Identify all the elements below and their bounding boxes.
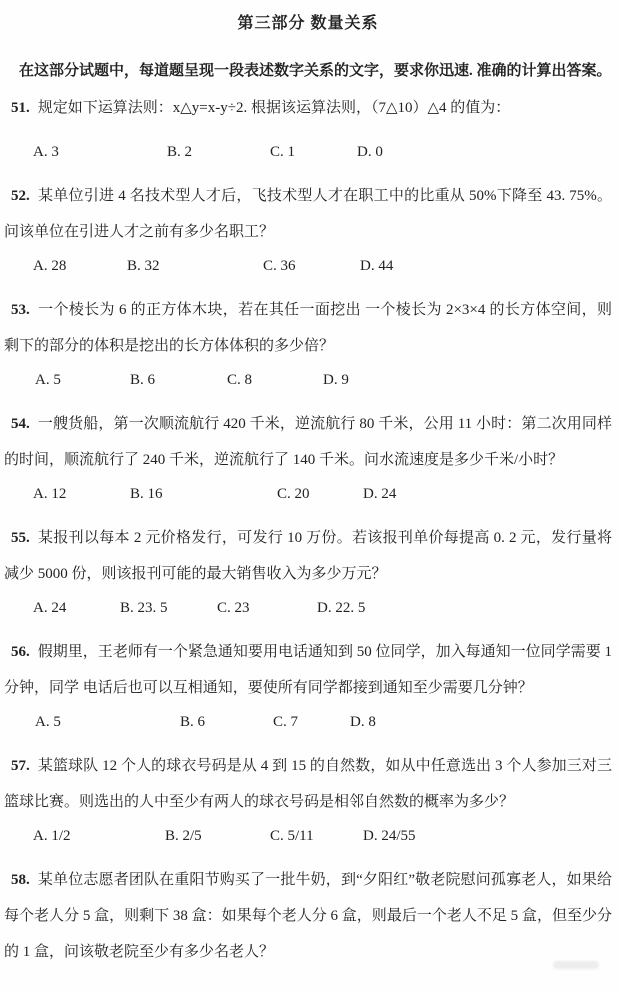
question-55-options: A. 24B. 23. 5C. 23D. 22. 5 xyxy=(4,590,612,626)
question-53-option-c: C. 8 xyxy=(227,362,252,398)
question-body: 某报刊以每本 2 元价格发行，可发行 10 万份。若该报刊单价每提高 0. 2 … xyxy=(4,530,612,582)
question-52-option-c: C. 36 xyxy=(263,248,296,284)
question-54-option-b: B. 16 xyxy=(130,476,163,512)
question-55-option-b: B. 23. 5 xyxy=(120,590,168,626)
question-number: 57. xyxy=(11,758,38,774)
question-number: 54. xyxy=(11,416,38,432)
question-56: 56.假期里，王老师有一个紧急通知要用电话通知到 50 位同学，加入每通知一位同… xyxy=(4,634,612,740)
question-body: 某篮球队 12 个人的球衣号码是从 4 到 15 的自然数，如从中任意选出 3 … xyxy=(4,758,612,810)
question-57-option-a: A. 1/2 xyxy=(33,818,71,854)
question-53-option-a: A. 5 xyxy=(35,362,61,398)
question-52-options: A. 28B. 32C. 36D. 44 xyxy=(4,248,612,284)
question-55-option-d: D. 22. 5 xyxy=(317,590,365,626)
scan-smudge-artifact xyxy=(553,961,599,969)
page-title: 第三部分 数量关系 xyxy=(4,12,612,36)
question-number: 53. xyxy=(11,302,38,318)
question-body: 某单位引进 4 名技术型人才后，飞技术型人才在职工中的比重从 50%下降至 43… xyxy=(4,188,612,240)
question-57-option-c: C. 5/11 xyxy=(270,818,314,854)
question-55-option-c: C. 23 xyxy=(217,590,250,626)
question-57: 57.某篮球队 12 个人的球衣号码是从 4 到 15 的自然数，如从中任意选出… xyxy=(4,748,612,854)
question-56-option-d: D. 8 xyxy=(350,704,376,740)
question-text: 52.某单位引进 4 名技术型人才后，飞技术型人才在职工中的比重从 50%下降至… xyxy=(4,178,612,250)
question-55-option-a: A. 24 xyxy=(33,590,66,626)
question-53: 53.一个棱长为 6 的正方体木块，若在其任一面挖出 一个棱长为 2×3×4 的… xyxy=(4,292,612,398)
question-text: 58.某单位志愿者团队在重阳节购买了一批牛奶，到“夕阳红”敬老院慰问孤寡老人，如… xyxy=(4,862,612,970)
question-51-option-c: C. 1 xyxy=(270,134,295,170)
question-54-option-c: C. 20 xyxy=(277,476,310,512)
question-51-option-d: D. 0 xyxy=(357,134,383,170)
question-52-option-a: A. 28 xyxy=(33,248,66,284)
question-53-option-b: B. 6 xyxy=(130,362,155,398)
question-text: 54.一艘货船，第一次顺流航行 420 千米，逆流航行 80 千米，公用 11 … xyxy=(4,406,612,478)
question-53-option-d: D. 9 xyxy=(323,362,349,398)
questions-container: 51.规定如下运算法则：x△y=x-y÷2. 根据该运算法则，（7△10）△4 … xyxy=(4,90,612,970)
question-51-option-a: A. 3 xyxy=(33,134,59,170)
question-56-option-a: A. 5 xyxy=(35,704,61,740)
question-51: 51.规定如下运算法则：x△y=x-y÷2. 根据该运算法则，（7△10）△4 … xyxy=(4,90,612,170)
question-57-option-b: B. 2/5 xyxy=(165,818,202,854)
question-55: 55.某报刊以每本 2 元价格发行，可发行 10 万份。若该报刊单价每提高 0.… xyxy=(4,520,612,626)
question-body: 某单位志愿者团队在重阳节购买了一批牛奶，到“夕阳红”敬老院慰问孤寡老人，如果给每… xyxy=(4,872,612,960)
exam-page: 第三部分 数量关系 在这部分试题中，每道题呈现一段表述数字关系的文字，要求你迅速… xyxy=(0,0,620,990)
question-body: 一个棱长为 6 的正方体木块，若在其任一面挖出 一个棱长为 2×3×4 的长方体… xyxy=(4,302,612,354)
question-54-options: A. 12B. 16C. 20D. 24 xyxy=(4,476,612,512)
question-51-options: A. 3B. 2C. 1D. 0 xyxy=(4,134,612,170)
question-text: 57.某篮球队 12 个人的球衣号码是从 4 到 15 的自然数，如从中任意选出… xyxy=(4,748,612,820)
question-body: 一艘货船，第一次顺流航行 420 千米，逆流航行 80 千米，公用 11 小时：… xyxy=(4,416,612,468)
question-56-options: A. 5B. 6C. 7D. 8 xyxy=(4,704,612,740)
question-54: 54.一艘货船，第一次顺流航行 420 千米，逆流航行 80 千米，公用 11 … xyxy=(4,406,612,512)
question-number: 52. xyxy=(11,188,38,204)
question-body: 假期里，王老师有一个紧急通知要用电话通知到 50 位同学，加入每通知一位同学需要… xyxy=(4,644,612,696)
intro-text: 在这部分试题中，每道题呈现一段表述数字关系的文字，要求你迅速. 准确的计算出答案… xyxy=(4,52,612,90)
question-number: 58. xyxy=(11,872,38,888)
question-text: 56.假期里，王老师有一个紧急通知要用电话通知到 50 位同学，加入每通知一位同… xyxy=(4,634,612,706)
question-52: 52.某单位引进 4 名技术型人才后，飞技术型人才在职工中的比重从 50%下降至… xyxy=(4,178,612,284)
question-54-option-a: A. 12 xyxy=(33,476,66,512)
question-56-option-c: C. 7 xyxy=(273,704,298,740)
question-58: 58.某单位志愿者团队在重阳节购买了一批牛奶，到“夕阳红”敬老院慰问孤寡老人，如… xyxy=(4,862,612,970)
question-57-options: A. 1/2B. 2/5C. 5/11D. 24/55 xyxy=(4,818,612,854)
question-51-option-b: B. 2 xyxy=(167,134,192,170)
question-52-option-d: D. 44 xyxy=(360,248,393,284)
question-number: 56. xyxy=(11,644,38,660)
question-number: 51. xyxy=(11,100,38,116)
question-52-option-b: B. 32 xyxy=(127,248,160,284)
question-text: 53.一个棱长为 6 的正方体木块，若在其任一面挖出 一个棱长为 2×3×4 的… xyxy=(4,292,612,364)
question-text: 55.某报刊以每本 2 元价格发行，可发行 10 万份。若该报刊单价每提高 0.… xyxy=(4,520,612,592)
question-text: 51.规定如下运算法则：x△y=x-y÷2. 根据该运算法则，（7△10）△4 … xyxy=(4,90,612,126)
question-number: 55. xyxy=(11,530,38,546)
question-56-option-b: B. 6 xyxy=(180,704,205,740)
question-body: 规定如下运算法则：x△y=x-y÷2. 根据该运算法则，（7△10）△4 的值为… xyxy=(38,100,511,116)
question-57-option-d: D. 24/55 xyxy=(363,818,416,854)
question-53-options: A. 5B. 6C. 8D. 9 xyxy=(4,362,612,398)
question-54-option-d: D. 24 xyxy=(363,476,396,512)
